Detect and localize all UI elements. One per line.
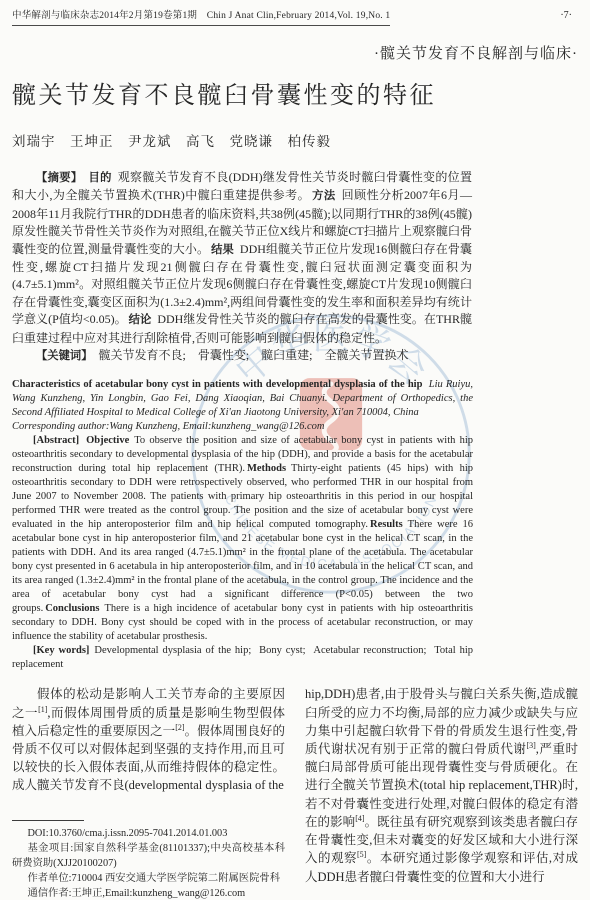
conclusions-label-en: Conclusions: [45, 603, 99, 614]
journal-citation: 中华解剖与临床杂志2014年2月第19卷第1期 Chin J Anat Clin…: [12, 10, 390, 26]
abstract-label-en: [Abstract]: [33, 435, 79, 446]
reference-mark: [3]: [526, 741, 535, 750]
english-block: Characteristics of acetabular bony cyst …: [12, 378, 473, 672]
body-paragraph-right: hip,DDH)患者,由于股骨头与髋臼关系失衡,造成髋臼所受的应力不均衡,局部的…: [305, 685, 578, 885]
footnote-corresponding: 通信作者:王坤正,Email:kunzheng_wang@126.com: [12, 886, 285, 900]
article-title: 髋关节发育不良髋臼骨囊性变的特征: [12, 75, 578, 110]
english-title-paragraph: Characteristics of acetabular bony cyst …: [12, 378, 473, 420]
results-text-en: There were 16 acetabular bone cyst in hi…: [12, 519, 473, 614]
page-number: ·7·: [560, 10, 578, 22]
abstract-cn: 【摘要】目的观察髋关节发育不良(DDH)继发骨性关节炎时髋臼骨囊性变的位置和大小…: [12, 169, 472, 365]
reference-mark: [5]: [357, 850, 366, 859]
footnote-fund: 基金项目:国家自然科学基金(81101337);中央高校基本科研费资助(XJJ2…: [12, 841, 285, 871]
reference-mark: [1]: [38, 705, 47, 714]
body-columns: 假体的松动是影响人工关节寿命的主要原因之一[1],而假体周围骨质的质量是影响生物…: [12, 685, 578, 900]
corresponding-author-en: Corresponding author:Wang Kunzheng, Emai…: [12, 420, 473, 434]
section-label: ·髋关节发育不良解剖与临床·: [12, 42, 578, 63]
objective-label-en: Objective: [86, 435, 129, 446]
footnote-block: DOI:10.3760/cma.j.issn.2095-7041.2014.01…: [12, 820, 285, 900]
body-column-right: hip,DDH)患者,由于股骨头与髋臼关系失衡,造成髋臼所受的应力不均衡,局部的…: [305, 685, 578, 900]
methods-label-en: Methods: [247, 463, 286, 474]
keywords-label-en: [Key words]: [33, 645, 89, 656]
conclusion-label-cn: 结论: [129, 314, 152, 326]
article-title-en: Characteristics of acetabular bony cyst …: [12, 379, 422, 390]
footnote-doi: DOI:10.3760/cma.j.issn.2095-7041.2014.01…: [12, 826, 285, 841]
reference-mark: [4]: [355, 814, 364, 823]
keywords-text-cn: 髋关节发育不良; 骨囊性变; 髋臼重建; 全髋关节置换术: [99, 348, 409, 362]
keywords-label-cn: 【关键词】: [36, 350, 93, 362]
results-label-cn: 结果: [211, 244, 234, 256]
authors-line: 刘瑞宇 王坤正 尹龙斌 高飞 党晓谦 柏传毅: [12, 130, 578, 150]
reference-mark: [2]: [175, 723, 184, 732]
body-paragraph-left: 假体的松动是影响人工关节寿命的主要原因之一[1],而假体周围骨质的质量是影响生物…: [12, 685, 285, 794]
abstract-en: [Abstract]ObjectiveTo observe the positi…: [12, 434, 473, 644]
abstract-cn-paragraph: 【摘要】目的观察髋关节发育不良(DDH)继发骨性关节炎时髋臼骨囊性变的位置和大小…: [12, 169, 472, 347]
results-label-en: Results: [370, 519, 403, 530]
page: 中华解剖与临床杂志2014年2月第19卷第1期 Chin J Anat Clin…: [12, 10, 578, 900]
keywords-en-line: [Key words]Developmental dysplasia of th…: [12, 644, 473, 672]
objective-label-cn: 目的: [88, 172, 111, 184]
body-column-left: 假体的松动是影响人工关节寿命的主要原因之一[1],而假体周围骨质的质量是影响生物…: [12, 685, 285, 900]
footnote-divider: [12, 820, 84, 821]
methods-label-cn: 方法: [312, 190, 336, 202]
running-head: 中华解剖与临床杂志2014年2月第19卷第1期 Chin J Anat Clin…: [12, 10, 578, 26]
abstract-label: 【摘要】: [36, 172, 82, 184]
footnote-affiliation: 作者单位:710004 西安交通大学医学院第二附属医院骨科: [12, 871, 285, 886]
keywords-cn-line: 【关键词】髋关节发育不良; 骨囊性变; 髋臼重建; 全髋关节置换术: [12, 347, 472, 365]
